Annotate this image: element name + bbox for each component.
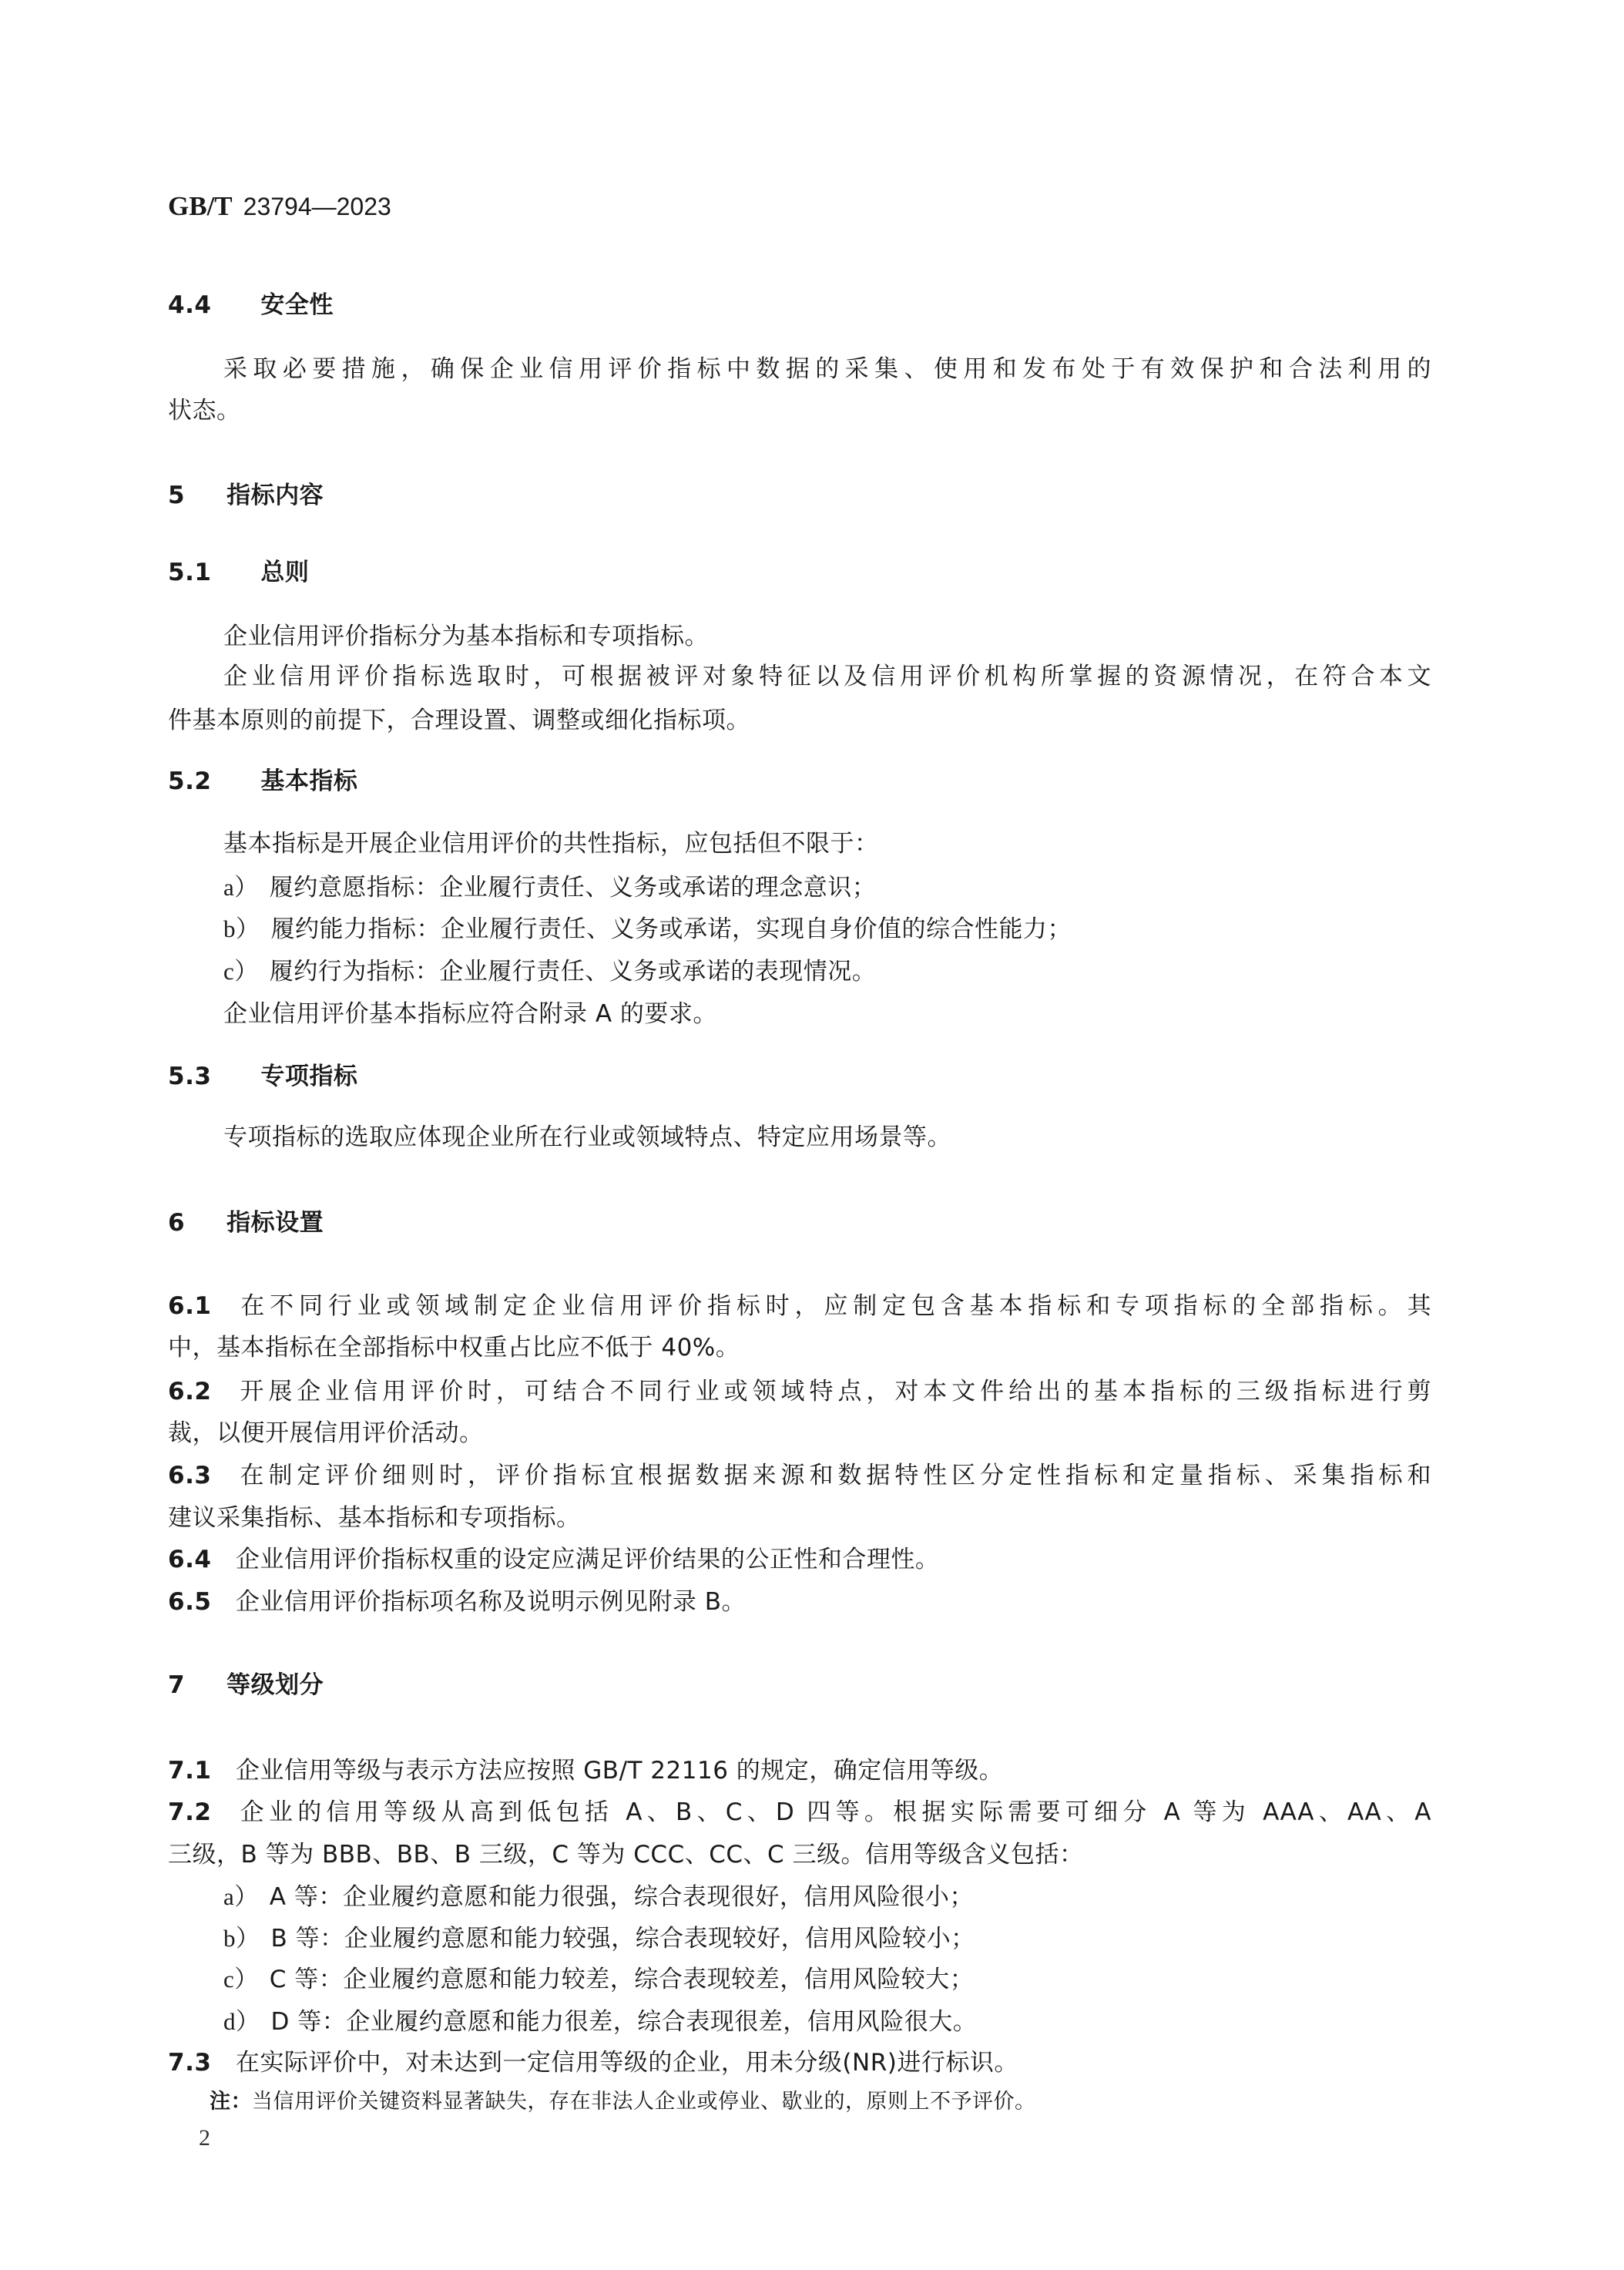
section-title: 总则 <box>260 559 309 586</box>
page-number: 2 <box>199 2125 210 2151</box>
clause-text: 企业信用评价指标项名称及说明示例见附录 B。 <box>236 1588 746 1616</box>
section-heading-5: 5指标内容 <box>168 482 324 509</box>
clause-text: 企业信用评价指标权重的设定应满足评价结果的公正性和合理性。 <box>236 1546 940 1573</box>
list-item: a）履约意愿指标：企业履行责任、义务或承诺的理念意识； <box>223 874 876 902</box>
list-text: 履约能力指标：企业履行责任、义务或承诺，实现自身价值的综合性能力； <box>271 915 1072 943</box>
clause-number: 6.1 <box>168 1292 211 1320</box>
list-marker: c） <box>223 1966 259 1993</box>
list-text: A 等：企业履约意愿和能力很强，综合表现很好，信用风险很小； <box>270 1883 974 1911</box>
clause-number: 7.2 <box>168 1798 211 1826</box>
section-number: 5.1 <box>168 559 211 586</box>
grade-item-b: b）B 等：企业履约意愿和能力较强，综合表现较好，信用风险较小； <box>223 1925 975 1953</box>
list-text: D 等：企业履约意愿和能力很差，综合表现很差，信用风险很大。 <box>271 2008 978 2036</box>
section-title: 等级划分 <box>226 1671 324 1699</box>
paragraph-line: 状态。 <box>168 397 241 425</box>
clause-6-3: 6.3 在制定评价细则时，评价指标宜根据数据来源和数据特性区分定性指标和定量指标… <box>168 1462 1431 1489</box>
section-heading-5-2: 5.2基本指标 <box>168 767 357 795</box>
list-marker: d） <box>223 2008 260 2035</box>
list-text: B 等：企业履约意愿和能力较强，综合表现较好，信用风险较小； <box>271 1925 975 1953</box>
list-marker: b） <box>223 1925 260 1952</box>
list-item: c）履约行为指标：企业履行责任、义务或承诺的表现情况。 <box>223 958 876 986</box>
standard-prefix: GB/T <box>168 191 233 221</box>
list-item: b）履约能力指标：企业履行责任、义务或承诺，实现自身价值的综合性能力； <box>223 915 1072 943</box>
clause-number: 6.2 <box>168 1378 211 1405</box>
note-text: 当信用评价关键资料显著缺失，存在非法人企业或停业、歇业的，原则上不予评价。 <box>252 2090 1036 2114</box>
clause-6-5: 6.5 企业信用评价指标项名称及说明示例见附录 B。 <box>168 1588 746 1616</box>
section-title: 专项指标 <box>260 1063 357 1090</box>
clause-text: 企业的信用等级从高到低包括 A、B、C、D 四等。根据实际需要可细分 A 等为 … <box>236 1798 1431 1826</box>
clause-text: 开展企业信用评价时，可结合不同行业或领域特点，对本文件给出的基本指标的三级指标进… <box>236 1378 1431 1405</box>
section-heading-5-3: 5.3专项指标 <box>168 1063 357 1090</box>
document-header: GB/T23794—2023 <box>168 191 391 222</box>
paragraph: 企业信用评价指标分为基本指标和专项指标。 <box>223 623 709 650</box>
clause-number: 6.3 <box>168 1462 211 1489</box>
list-text: 履约意愿指标：企业履行责任、义务或承诺的理念意识； <box>270 874 877 902</box>
clause-continuation: 建议采集指标、基本指标和专项指标。 <box>168 1504 581 1532</box>
section-number: 5.2 <box>168 767 211 795</box>
list-marker: a） <box>223 874 259 901</box>
clause-6-4: 6.4 企业信用评价指标权重的设定应满足评价结果的公正性和合理性。 <box>168 1546 939 1573</box>
section-number: 5 <box>168 482 185 509</box>
clause-7-3: 7.3 在实际评价中，对未达到一定信用等级的企业，用未分级(NR)进行标识。 <box>168 2049 1018 2077</box>
paragraph: 专项指标的选取应体现企业所在行业或领域特点、特定应用场景等。 <box>223 1123 951 1151</box>
clause-number: 7.1 <box>168 1757 211 1785</box>
clause-continuation: 三级，B 等为 BBB、BB、B 三级，C 等为 CCC、CC、C 三级。信用等… <box>168 1841 1084 1869</box>
section-number: 4.4 <box>168 291 211 319</box>
clause-text: 在不同行业或领域制定企业信用评价指标时，应制定包含基本指标和专项指标的全部指标。… <box>236 1292 1431 1320</box>
list-text: 履约行为指标：企业履行责任、义务或承诺的表现情况。 <box>270 958 877 986</box>
clause-continuation: 裁，以便开展信用评价活动。 <box>168 1419 484 1447</box>
list-text: C 等：企业履约意愿和能力较差，综合表现较差，信用风险较大； <box>270 1966 975 1993</box>
clause-text: 在实际评价中，对未达到一定信用等级的企业，用未分级(NR)进行标识。 <box>236 2049 1018 2077</box>
grade-item-a: a）A 等：企业履约意愿和能力很强，综合表现很好，信用风险很小； <box>223 1883 974 1911</box>
grade-item-c: c）C 等：企业履约意愿和能力较差，综合表现较差，信用风险较大； <box>223 1966 974 1993</box>
paragraph-line: 企业信用评价指标选取时，可根据被评对象特征以及信用评价机构所掌握的资源情况，在符… <box>223 663 1431 690</box>
clause-continuation: 中，基本指标在全部指标中权重占比应不低于 40%。 <box>168 1334 740 1362</box>
paragraph: 企业信用评价基本指标应符合附录 A 的要求。 <box>223 1000 717 1028</box>
list-marker: a） <box>223 1883 259 1910</box>
section-number: 5.3 <box>168 1063 211 1090</box>
section-heading-6: 6指标设置 <box>168 1209 324 1237</box>
list-marker: c） <box>223 958 259 985</box>
section-heading-4-4: 4.4安全性 <box>168 291 334 319</box>
section-title: 指标设置 <box>226 1209 324 1237</box>
note: 注：当信用评价关键资料显著缺失，存在非法人企业或停业、歇业的，原则上不予评价。 <box>210 2088 1036 2116</box>
standard-number: 23794—2023 <box>243 193 391 220</box>
section-heading-7: 7等级划分 <box>168 1671 324 1699</box>
clause-text: 在制定评价细则时，评价指标宜根据数据来源和数据特性区分定性指标和定量指标、采集指… <box>236 1462 1431 1489</box>
clause-number: 6.4 <box>168 1546 211 1573</box>
paragraph-line: 件基本原则的前提下，合理设置、调整或细化指标项。 <box>168 707 750 734</box>
clause-6-2: 6.2 开展企业信用评价时，可结合不同行业或领域特点，对本文件给出的基本指标的三… <box>168 1378 1431 1405</box>
section-title: 指标内容 <box>226 482 324 509</box>
clause-text: 企业信用等级与表示方法应按照 GB/T 22116 的规定，确定信用等级。 <box>236 1757 1003 1785</box>
clause-number: 6.5 <box>168 1588 211 1616</box>
grade-item-d: d）D 等：企业履约意愿和能力很差，综合表现很差，信用风险很大。 <box>223 2008 977 2036</box>
section-number: 7 <box>168 1671 185 1699</box>
clause-6-1: 6.1 在不同行业或领域制定企业信用评价指标时，应制定包含基本指标和专项指标的全… <box>168 1292 1431 1320</box>
section-title: 安全性 <box>260 291 334 319</box>
note-label: 注： <box>210 2090 252 2114</box>
paragraph-line: 采取必要措施，确保企业信用评价指标中数据的采集、使用和发布处于有效保护和合法利用… <box>223 355 1431 383</box>
section-heading-5-1: 5.1总则 <box>168 559 309 586</box>
paragraph: 基本指标是开展企业信用评价的共性指标，应包括但不限于： <box>223 830 879 858</box>
clause-7-2: 7.2 企业的信用等级从高到低包括 A、B、C、D 四等。根据实际需要可细分 A… <box>168 1798 1431 1826</box>
section-number: 6 <box>168 1209 185 1237</box>
clause-7-1: 7.1 企业信用等级与表示方法应按照 GB/T 22116 的规定，确定信用等级… <box>168 1757 1003 1785</box>
clause-number: 7.3 <box>168 2049 211 2077</box>
list-marker: b） <box>223 915 260 942</box>
section-title: 基本指标 <box>260 767 357 795</box>
